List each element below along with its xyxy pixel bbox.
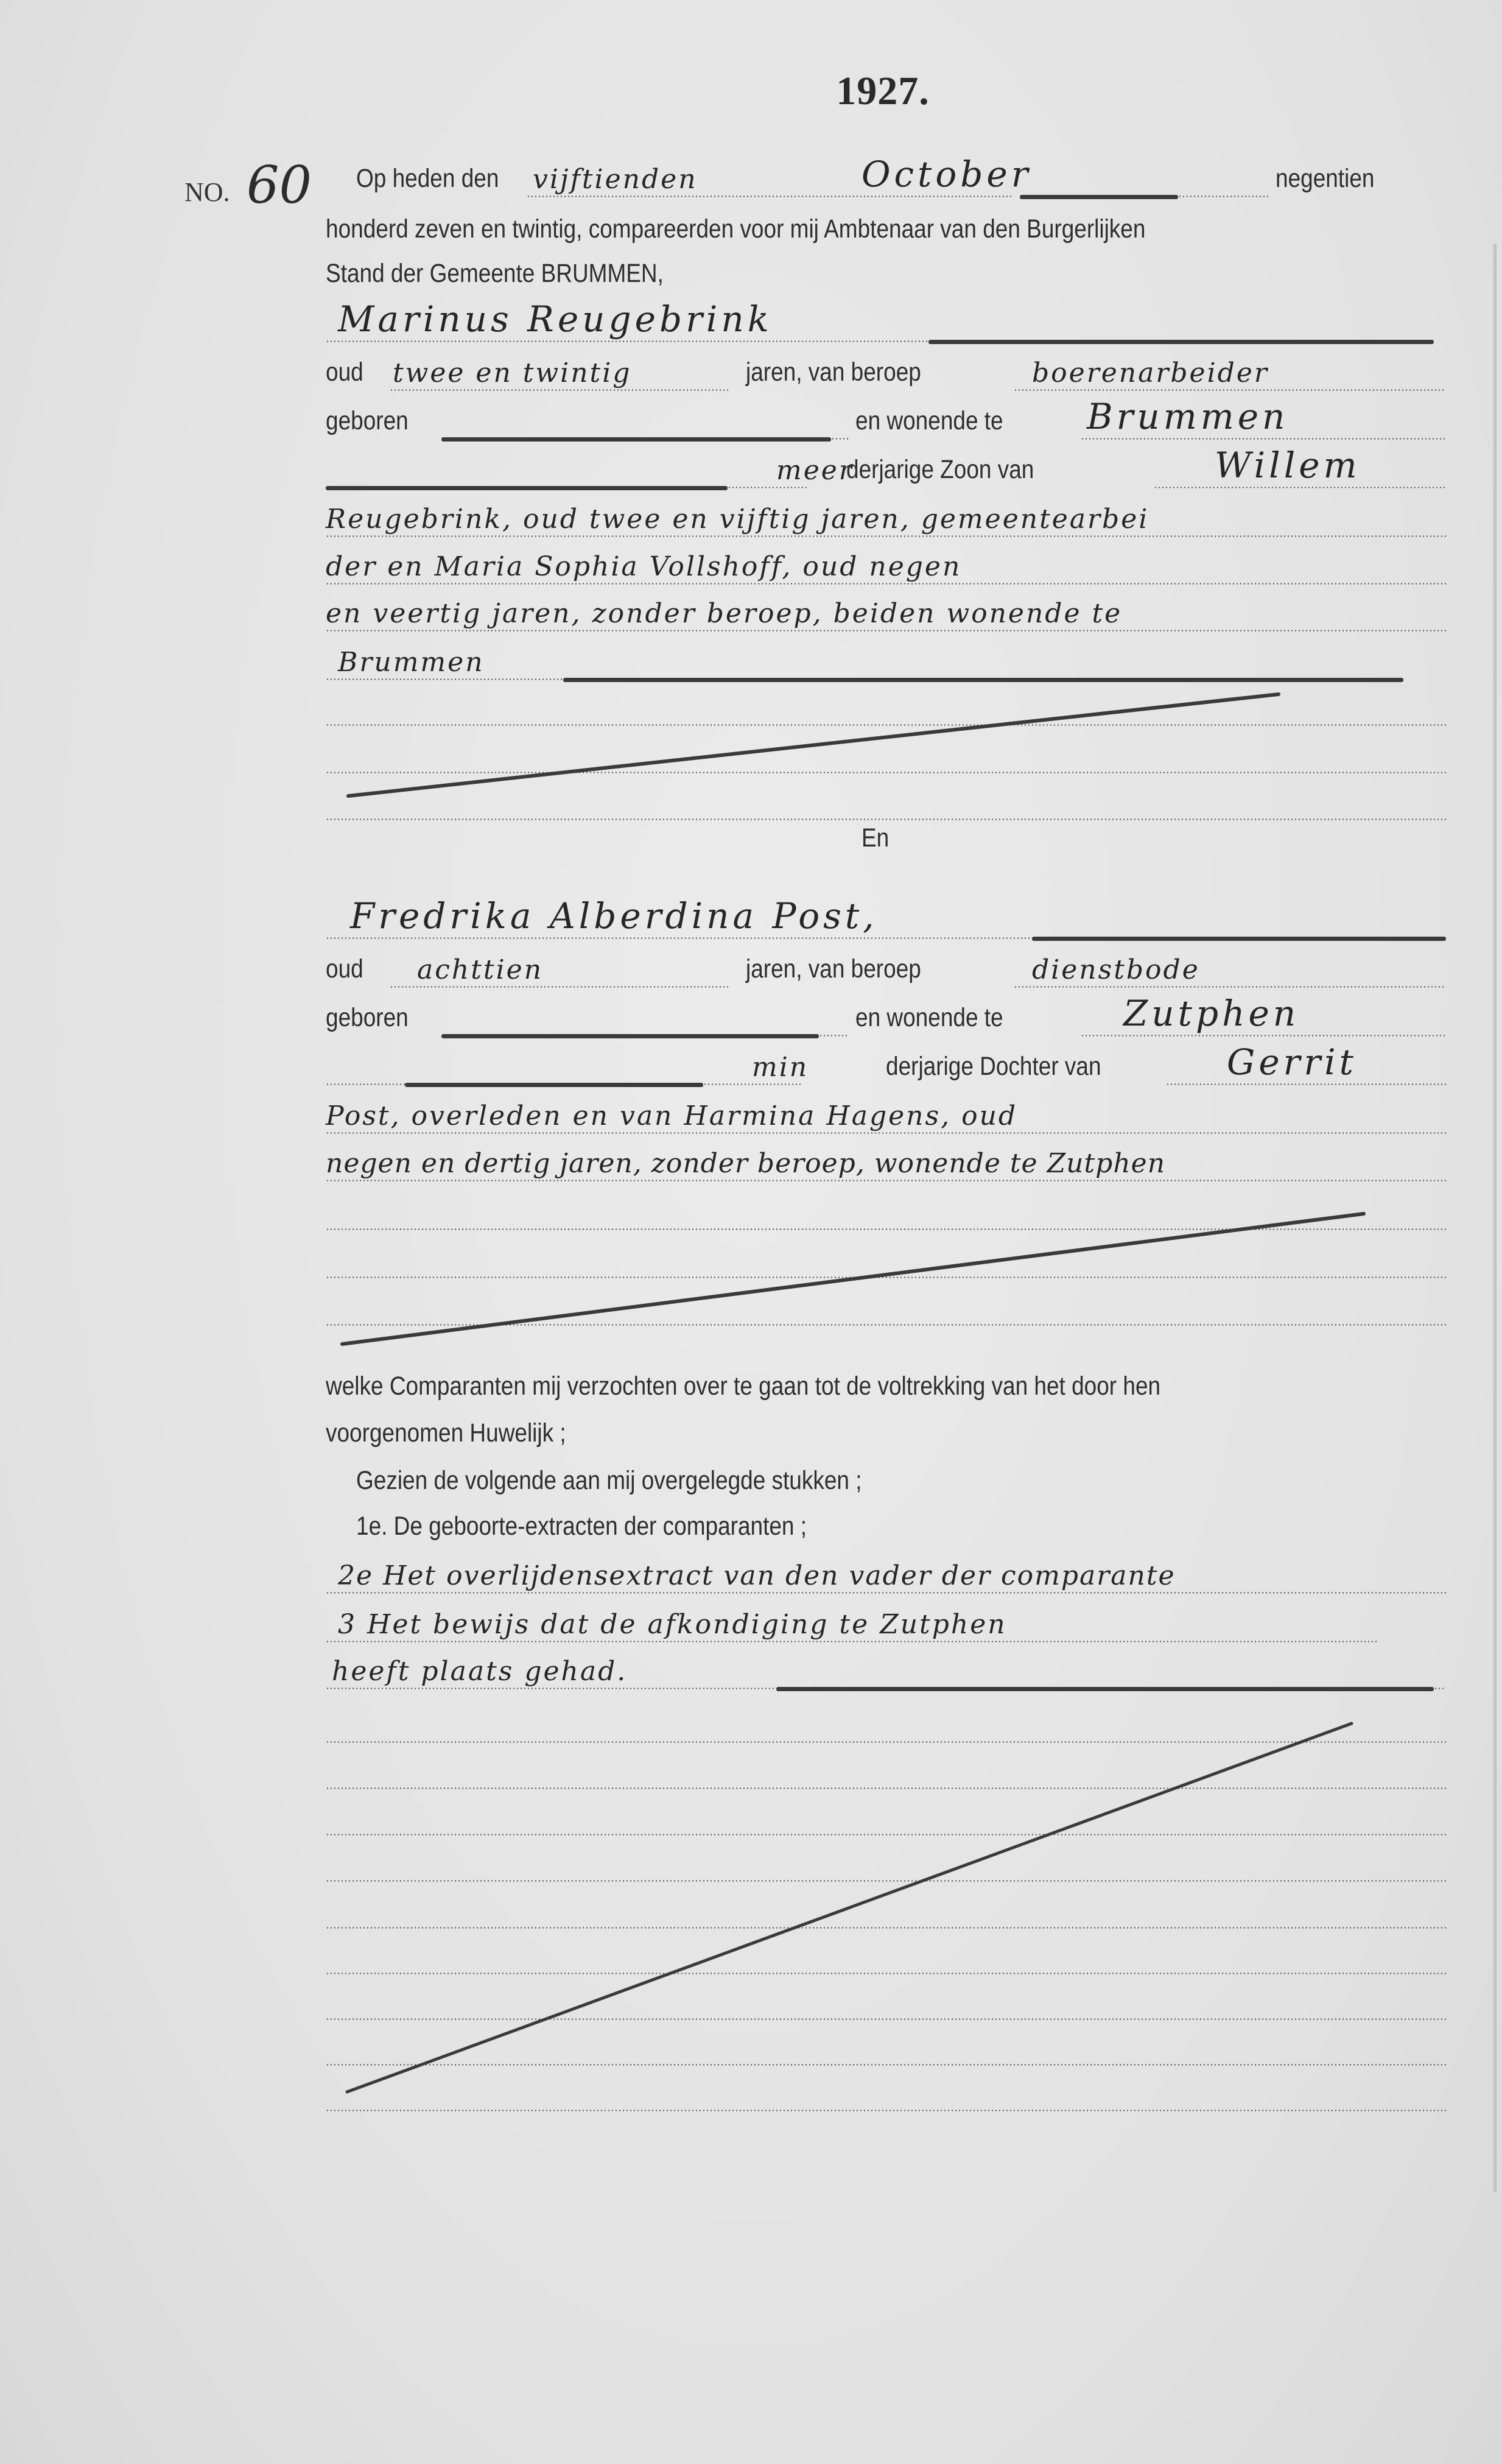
filler-stroke bbox=[1032, 937, 1446, 941]
dotted-rule bbox=[326, 1834, 1446, 1836]
handwritten-day: vijftienden bbox=[533, 164, 698, 195]
dotted-rule bbox=[326, 1276, 1446, 1278]
blank-line bbox=[326, 1751, 1446, 1794]
bride-occupation: dienstbode bbox=[1032, 954, 1200, 985]
groom-residence: Brummen bbox=[1087, 396, 1288, 437]
filler-stroke bbox=[1020, 195, 1178, 199]
dotted-rule bbox=[326, 1592, 1446, 1594]
bride-parent-line: min derjarige Dochter van Gerrit bbox=[326, 1047, 1446, 1090]
handwritten-text: negen en dertig jaren, zonder beroep, wo… bbox=[326, 1148, 1165, 1179]
separator-text: En bbox=[862, 823, 889, 853]
printed-text: Stand der Gemeente BRUMMEN, bbox=[326, 259, 664, 289]
dotted-rule bbox=[326, 1880, 1446, 1882]
groom-age: twee en twintig bbox=[393, 357, 631, 389]
groom-name-line: Marinus Reugebrink bbox=[326, 304, 1446, 347]
printed-text: welke Comparanten mij verzochten over te… bbox=[326, 1371, 1160, 1401]
filler-stroke bbox=[405, 1083, 703, 1087]
document-item-3: 3 Het bewijs dat de afkondiging te Zutph… bbox=[326, 1605, 1446, 1647]
document-page: 1927. NO. 60 Op heden den vijftienden Oc… bbox=[0, 0, 1502, 2464]
printed-text: honderd zeven en twintig, compareerden v… bbox=[326, 214, 1145, 244]
bride-name: Fredrika Alberdina Post, bbox=[350, 895, 878, 937]
groom-born-line: geboren en wonende te Brummen bbox=[326, 402, 1446, 445]
blank-line bbox=[326, 2028, 1446, 2071]
dotted-rule bbox=[326, 1973, 1446, 1974]
filler-stroke bbox=[563, 678, 1403, 682]
separator-line: En bbox=[326, 819, 1446, 862]
dotted-rule bbox=[326, 1741, 1446, 1743]
filler-stroke bbox=[441, 437, 831, 442]
filler-stroke bbox=[441, 1034, 819, 1038]
handwritten-text: 3 Het bewijs dat de afkondiging te Zutph… bbox=[338, 1609, 1007, 1640]
dotted-rule bbox=[326, 1228, 1446, 1230]
dotted-rule bbox=[326, 937, 1032, 939]
request-line-2: voorgenomen Huwelijk ; bbox=[326, 1414, 1446, 1457]
dotted-rule bbox=[326, 1927, 1446, 1929]
dotted-rule bbox=[1434, 1688, 1446, 1689]
dotted-rule bbox=[819, 1035, 849, 1037]
dotted-rule bbox=[326, 1083, 405, 1085]
blank-line bbox=[326, 736, 1446, 778]
dotted-rule bbox=[1081, 1035, 1446, 1037]
handwritten-month: October bbox=[862, 153, 1031, 195]
dotted-rule bbox=[326, 1641, 1379, 1642]
dotted-rule bbox=[390, 389, 731, 391]
printed-text: Op heden den bbox=[356, 164, 499, 194]
bride-majority: min bbox=[752, 1052, 809, 1083]
dotted-rule bbox=[831, 438, 849, 440]
dotted-rule bbox=[1166, 1083, 1446, 1085]
bride-name-line: Fredrika Alberdina Post, bbox=[326, 901, 1446, 944]
dotted-rule bbox=[1014, 389, 1446, 391]
printed-text: jaren, van beroep bbox=[746, 357, 921, 387]
dotted-rule bbox=[326, 1180, 1446, 1181]
dotted-rule bbox=[527, 195, 1014, 197]
groom-occupation: boerenarbeider bbox=[1032, 357, 1269, 389]
groom-majority: meer bbox=[776, 455, 854, 486]
dotted-rule bbox=[390, 986, 731, 988]
dotted-rule bbox=[1014, 986, 1446, 988]
dotted-rule bbox=[326, 678, 563, 680]
bride-parents-line-1: Post, overleden en van Harmina Hagens, o… bbox=[326, 1096, 1446, 1139]
printed-text: oud bbox=[326, 954, 363, 984]
request-line-1: welke Comparanten mij verzochten over te… bbox=[326, 1367, 1446, 1410]
printed-text: voorgenomen Huwelijk ; bbox=[326, 1418, 566, 1448]
groom-father-first: Willem bbox=[1215, 445, 1361, 486]
blank-line bbox=[326, 1982, 1446, 2025]
intro-line-1: Op heden den vijftienden October negenti… bbox=[326, 160, 1446, 202]
groom-parent-line: meer derjarige Zoon van Willem bbox=[326, 451, 1446, 493]
groom-age-line: oud twee en twintig jaren, van beroep bo… bbox=[326, 353, 1446, 396]
dotted-rule bbox=[326, 1787, 1446, 1789]
blank-line bbox=[326, 1288, 1446, 1331]
request-line-4: 1e. De geboorte-extracten der comparante… bbox=[326, 1507, 1446, 1550]
intro-line-2: honderd zeven en twintig, compareerden v… bbox=[326, 210, 1446, 253]
printed-text: en wonende te bbox=[855, 406, 1003, 436]
page-edge bbox=[1493, 244, 1497, 2192]
blank-line bbox=[326, 1798, 1446, 1840]
document-item-3-continued: heeft plaats gehad. bbox=[326, 1652, 1446, 1694]
filler-stroke bbox=[776, 1687, 1434, 1691]
filler-stroke bbox=[326, 486, 728, 490]
printed-text: geboren bbox=[326, 1003, 409, 1033]
dotted-rule bbox=[703, 1083, 801, 1085]
printed-text: oud bbox=[326, 357, 363, 387]
intro-line-3: Stand der Gemeente BRUMMEN, bbox=[326, 255, 1446, 297]
groom-parents-line-2: der en Maria Sophia Vollshoff, oud negen bbox=[326, 547, 1446, 590]
printed-text: derjarige Dochter van bbox=[886, 1052, 1101, 1082]
dotted-rule bbox=[728, 487, 807, 488]
handwritten-text: heeft plaats gehad. bbox=[332, 1656, 627, 1687]
bride-born-line: geboren en wonende te Zutphen bbox=[326, 999, 1446, 1041]
dotted-rule bbox=[326, 772, 1446, 773]
blank-line bbox=[326, 1844, 1446, 1887]
dotted-rule bbox=[326, 724, 1446, 726]
record-year: 1927. bbox=[834, 68, 932, 114]
dotted-rule bbox=[326, 2064, 1446, 2066]
printed-text: 1e. De geboorte-extracten der comparante… bbox=[356, 1512, 807, 1541]
printed-text: geboren bbox=[326, 406, 409, 436]
blank-line bbox=[326, 1192, 1446, 1235]
record-number-value: 60 bbox=[247, 155, 312, 215]
groom-parents-line-4: Brummen bbox=[326, 642, 1446, 685]
handwritten-text: en veertig jaren, zonder beroep, beiden … bbox=[326, 598, 1122, 629]
request-line-3: Gezien de volgende aan mij overgelegde s… bbox=[326, 1462, 1446, 1504]
handwritten-text: Reugebrink, oud twee en vijftig jaren, g… bbox=[326, 504, 1149, 535]
dotted-rule bbox=[326, 583, 1446, 585]
dotted-rule bbox=[1178, 195, 1269, 197]
dotted-rule bbox=[326, 535, 1446, 537]
handwritten-text: der en Maria Sophia Vollshoff, oud negen bbox=[326, 551, 961, 582]
dotted-rule bbox=[326, 1132, 1446, 1134]
groom-name: Marinus Reugebrink bbox=[338, 298, 773, 340]
handwritten-text: Post, overleden en van Harmina Hagens, o… bbox=[326, 1100, 1017, 1132]
filler-stroke bbox=[928, 340, 1434, 344]
groom-parents-line-3: en veertig jaren, zonder beroep, beiden … bbox=[326, 594, 1446, 636]
dotted-rule bbox=[326, 2110, 1446, 2111]
printed-text: derjarige Zoon van bbox=[846, 455, 1034, 485]
printed-text: Gezien de volgende aan mij overgelegde s… bbox=[356, 1466, 862, 1496]
blank-line bbox=[326, 1891, 1446, 1934]
dotted-rule bbox=[326, 1688, 776, 1689]
bride-age-line: oud achttien jaren, van beroep dienstbod… bbox=[326, 950, 1446, 993]
dotted-rule bbox=[326, 630, 1446, 632]
dotted-rule bbox=[1081, 438, 1446, 440]
document-item-2: 2e Het overlijdensextract van den vader … bbox=[326, 1556, 1446, 1599]
blank-line bbox=[326, 1937, 1446, 1979]
printed-text: jaren, van beroep bbox=[746, 954, 921, 984]
handwritten-text: 2e Het overlijdensextract van den vader … bbox=[338, 1560, 1176, 1591]
bride-age: achttien bbox=[417, 954, 543, 985]
dotted-rule bbox=[326, 1324, 1446, 1326]
printed-text: negentien bbox=[1276, 164, 1374, 194]
dotted-rule bbox=[326, 340, 928, 342]
blank-line bbox=[326, 2074, 1446, 2116]
blank-line bbox=[326, 688, 1446, 731]
bride-residence: Zutphen bbox=[1123, 993, 1299, 1034]
record-number-label: NO. bbox=[184, 177, 230, 208]
handwritten-text: Brummen bbox=[338, 647, 485, 678]
blank-line bbox=[326, 1241, 1446, 1283]
bride-father-first: Gerrit bbox=[1227, 1041, 1357, 1083]
groom-parents-line-1: Reugebrink, oud twee en vijftig jaren, g… bbox=[326, 499, 1446, 542]
printed-text: en wonende te bbox=[855, 1003, 1003, 1033]
dotted-rule bbox=[326, 2018, 1446, 2020]
bride-parents-line-2: negen en dertig jaren, zonder beroep, wo… bbox=[326, 1144, 1446, 1186]
dotted-rule bbox=[1154, 487, 1446, 488]
blank-line bbox=[326, 1705, 1446, 1748]
